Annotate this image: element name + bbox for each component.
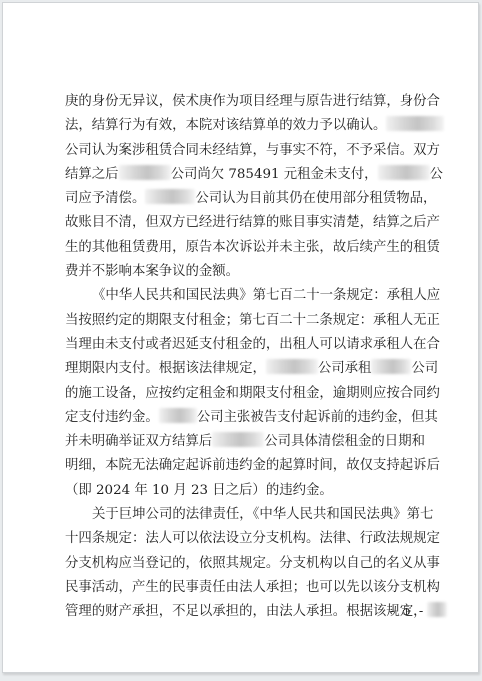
redacted-company-name [371,359,411,374]
redacted-company-name [212,432,264,447]
text-segment: 的施工设备，应按约定租金和期限支付租金，逾期则应按合同约 [65,386,440,401]
text-line-15: 并未明确举证双方结算后公司具体清偿租金的日期和 [65,430,418,454]
text-segment: （即 2024 年 10 月 23 日之后）的违约金。 [65,483,333,498]
text-line-3: 公司认为案涉租赁合同未经结算，与事实不符，不予采信。双方 [65,139,418,163]
text-segment: 定支付违约金。 [65,410,159,425]
redacted-company-name [386,116,444,131]
text-segment: 法，结算行为有效，本院对该结算单的效力予以确认。 [65,118,386,133]
text-line-2: 法，结算行为有效，本院对该结算单的效力予以确认。 [65,114,418,138]
redacted-company-name [427,602,447,617]
text-segment: 理期限内支付。根据该法律规定， [65,361,266,376]
text-line-10: 当按照约定的期限支付租金；第七百二十二条规定：承租人无正 [65,309,418,333]
text-line-8: 费并不影响本案争议的金额。 [65,260,418,284]
text-line-6: 故账目不清，但双方已经进行结算的账目事实清楚，结算之后产 [65,211,418,235]
text-segment: 司应予清偿。 [65,191,145,206]
text-line-12: 理期限内支付。根据该法律规定，公司承租公司 [65,357,418,381]
text-line-20: 分支机构应当登记的，依照其规定。分支机构以自己的名义从事 [65,552,418,576]
text-segment: 结算之后 [65,167,119,182]
text-segment: 关于巨坤公司的法律责任，《中华人民共和国民法典》第七 [92,507,433,522]
text-line-7: 生的其他租赁费用，原告本次诉讼并未主张，故后续产生的租赁 [65,236,418,260]
text-segment: 故账目不清，但双方已经进行结算的账目事实清楚，结算之后产 [65,215,440,230]
page-number: - 5 - [390,604,425,619]
text-line-4: 结算之后公司尚欠 785491 元租金未支付，公 [65,163,418,187]
text-segment: 公司 [411,361,438,376]
redacted-company-name [145,189,195,204]
text-segment: 《中华人民共和国民法典》第七百二十一条规定：承租人应 [92,288,440,303]
text-line-13: 的施工设备，应按约定租金和期限支付租金，逾期则应按合同约 [65,382,418,406]
document-page: 庚的身份无异议，侯术庚作为项目经理与原告进行结算，身份合 法，结算行为有效，本院… [2,2,479,673]
text-line-11: 当理由未支付或者迟延支付租金的，出租人可以请求承租人在合 [65,333,418,357]
redacted-company-name [119,165,171,180]
text-segment: 分支机构应当登记的，依照其规定。分支机构以自己的名义从事 [65,556,440,571]
text-segment: 公 [430,167,443,182]
judgment-body-text: 庚的身份无异议，侯术庚作为项目经理与原告进行结算，身份合 法，结算行为有效，本院… [65,90,418,625]
text-segment: 公司尚欠 785491 元租金未支付， [171,167,378,182]
text-line-17: （即 2024 年 10 月 23 日之后）的违约金。 [65,479,418,503]
text-line-1: 庚的身份无异议，侯术庚作为项目经理与原告进行结算，身份合 [65,90,418,114]
text-line-14: 定支付违约金。公司主张被告支付起诉前的违约金，但其 [65,406,418,430]
text-segment: 公司承租 [318,361,372,376]
redacted-company-name [159,408,197,423]
text-segment: 民事活动，产生的民事责任由法人承担；也可以先以该分支机构 [65,580,440,595]
text-line-5: 司应予清偿。公司认为目前其仍在使用部分租赁物品， [65,187,418,211]
text-segment: 十四条规定：法人可以依法设立分支机构。法律、行政法规规定 [65,531,440,546]
text-line-21: 民事活动，产生的民事责任由法人承担；也可以先以该分支机构 [65,576,418,600]
text-segment: 公司认为案涉租赁合同未经结算，与事实不符，不予采信。双方 [65,143,440,158]
text-line-9: 《中华人民共和国民法典》第七百二十一条规定：承租人应 [65,284,418,308]
text-segment: 明细，本院无法确定起诉前违约金的起算时间，故仅支持起诉后 [65,458,440,473]
text-segment: 生的其他租赁费用，原告本次诉讼并未主张，故后续产生的租赁 [65,240,440,255]
text-line-16: 明细，本院无法确定起诉前违约金的起算时间，故仅支持起诉后 [65,454,418,478]
text-segment: 管理的财产承担，不足以承担的，由法人承担。根据该规定， [65,604,427,619]
text-segment: 公司认为目前其仍在使用部分租赁物品， [195,191,436,206]
text-line-22: 管理的财产承担，不足以承担的，由法人承担。根据该规定， [65,600,418,624]
redacted-company-name [266,359,318,374]
text-line-18: 关于巨坤公司的法律责任，《中华人民共和国民法典》第七 [65,503,418,527]
text-segment: 公司具体清偿租金的日期和 [264,434,425,449]
text-line-19: 十四条规定：法人可以依法设立分支机构。法律、行政法规规定 [65,527,418,551]
text-segment: 庚的身份无异议，侯术庚作为项目经理与原告进行结算，身份合 [65,94,440,109]
text-segment: 当按照约定的期限支付租金；第七百二十二条规定：承租人无正 [65,313,440,328]
text-segment: 公司主张被告支付起诉前的违约金，但其 [197,410,438,425]
text-segment: 当理由未支付或者迟延支付租金的，出租人可以请求承租人在合 [65,337,440,352]
text-segment: 并未明确举证双方结算后 [65,434,212,449]
text-segment: 费并不影响本案争议的金额。 [65,264,239,279]
redacted-company-name [378,165,430,180]
